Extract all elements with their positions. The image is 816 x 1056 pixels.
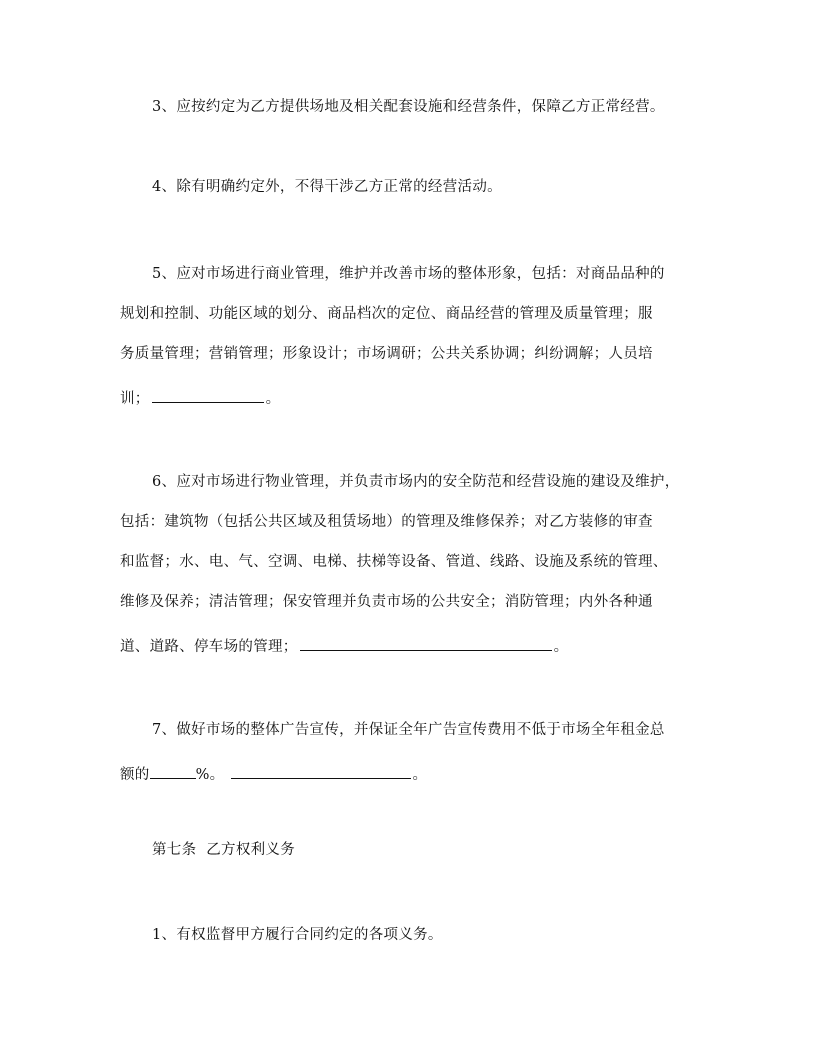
fill-in-blank[interactable] [231, 764, 411, 779]
paragraph-text: 训； [120, 391, 150, 407]
heading-text: 第七条 乙方权利义务 [152, 842, 295, 858]
fill-in-blank[interactable] [300, 636, 552, 651]
percent-suffix: %。 [196, 767, 225, 783]
paragraph-text: 3、应按约定为乙方提供场地及相关配套设施和经营条件，保障乙方正常经营。 [152, 99, 665, 115]
paragraph-tail: 。 [266, 391, 281, 407]
paragraph-text: 维修及保养；清洁管理；保安管理并负责市场的公共安全；消防管理；内外各种通 [120, 594, 653, 610]
paragraph-tail: 。 [554, 639, 569, 655]
paragraph-6-line-5: 道、道路、停车场的管理；。 [120, 636, 568, 657]
fill-in-blank[interactable] [152, 388, 264, 403]
paragraph-6-line-1: 6、应对市场进行物业管理，并负责市场内的安全防范和经营设施的建设及维护， [152, 472, 680, 492]
paragraph-text: 6、应对市场进行物业管理，并负责市场内的安全防范和经营设施的建设及维护， [152, 474, 680, 490]
paragraph-6-line-2: 包括：建筑物（包括公共区域及租赁场地）的管理及维修保养；对乙方装修的审查 [120, 512, 653, 532]
paragraph-tail: 。 [413, 767, 428, 783]
paragraph-text: 和监督；水、电、气、空调、电梯、扶梯等设备、管道、线路、设施及系统的管理、 [120, 554, 668, 570]
paragraph-5-line-3: 务质量管理；营销管理；形象设计；市场调研；公共关系协调；纠纷调解；人员培 [120, 344, 653, 364]
paragraph-5-line-2: 规划和控制、功能区域的划分、商品档次的定位、商品经营的管理及质量管理；服 [120, 304, 653, 324]
paragraph-text: 务质量管理；营销管理；形象设计；市场调研；公共关系协调；纠纷调解；人员培 [120, 346, 653, 362]
paragraph-text: 7、做好市场的整体广告宣传，并保证全年广告宣传费用不低于市场全年租金总 [152, 722, 665, 738]
paragraph-7-line-2: 额的%。。 [120, 764, 427, 785]
paragraph-text: 包括：建筑物（包括公共区域及租赁场地）的管理及维修保养；对乙方装修的审查 [120, 514, 653, 530]
paragraph-6-line-3: 和监督；水、电、气、空调、电梯、扶梯等设备、管道、线路、设施及系统的管理、 [120, 552, 668, 572]
percent-blank[interactable] [150, 764, 196, 779]
paragraph-text: 1、有权监督甲方履行合同约定的各项义务。 [152, 927, 443, 943]
paragraph-text: 4、除有明确约定外，不得干涉乙方正常的经营活动。 [152, 179, 502, 195]
paragraph-4: 4、除有明确约定外，不得干涉乙方正常的经营活动。 [152, 177, 502, 197]
paragraph-6-line-4: 维修及保养；清洁管理；保安管理并负责市场的公共安全；消防管理；内外各种通 [120, 592, 653, 612]
paragraph-text: 规划和控制、功能区域的划分、商品档次的定位、商品经营的管理及质量管理；服 [120, 306, 653, 322]
paragraph-text: 额的 [120, 767, 150, 783]
article-7-heading: 第七条 乙方权利义务 [152, 840, 295, 860]
paragraph-3: 3、应按约定为乙方提供场地及相关配套设施和经营条件，保障乙方正常经营。 [152, 97, 665, 117]
paragraph-5-line-1: 5、应对市场进行商业管理，维护并改善市场的整体形象，包括：对商品品种的 [152, 264, 665, 284]
paragraph-text: 道、道路、停车场的管理； [120, 639, 298, 655]
paragraph-5-line-4: 训；。 [120, 388, 280, 409]
article-7-item-1: 1、有权监督甲方履行合同约定的各项义务。 [152, 925, 443, 945]
paragraph-7-line-1: 7、做好市场的整体广告宣传，并保证全年广告宣传费用不低于市场全年租金总 [152, 720, 665, 740]
paragraph-text: 5、应对市场进行商业管理，维护并改善市场的整体形象，包括：对商品品种的 [152, 266, 665, 282]
